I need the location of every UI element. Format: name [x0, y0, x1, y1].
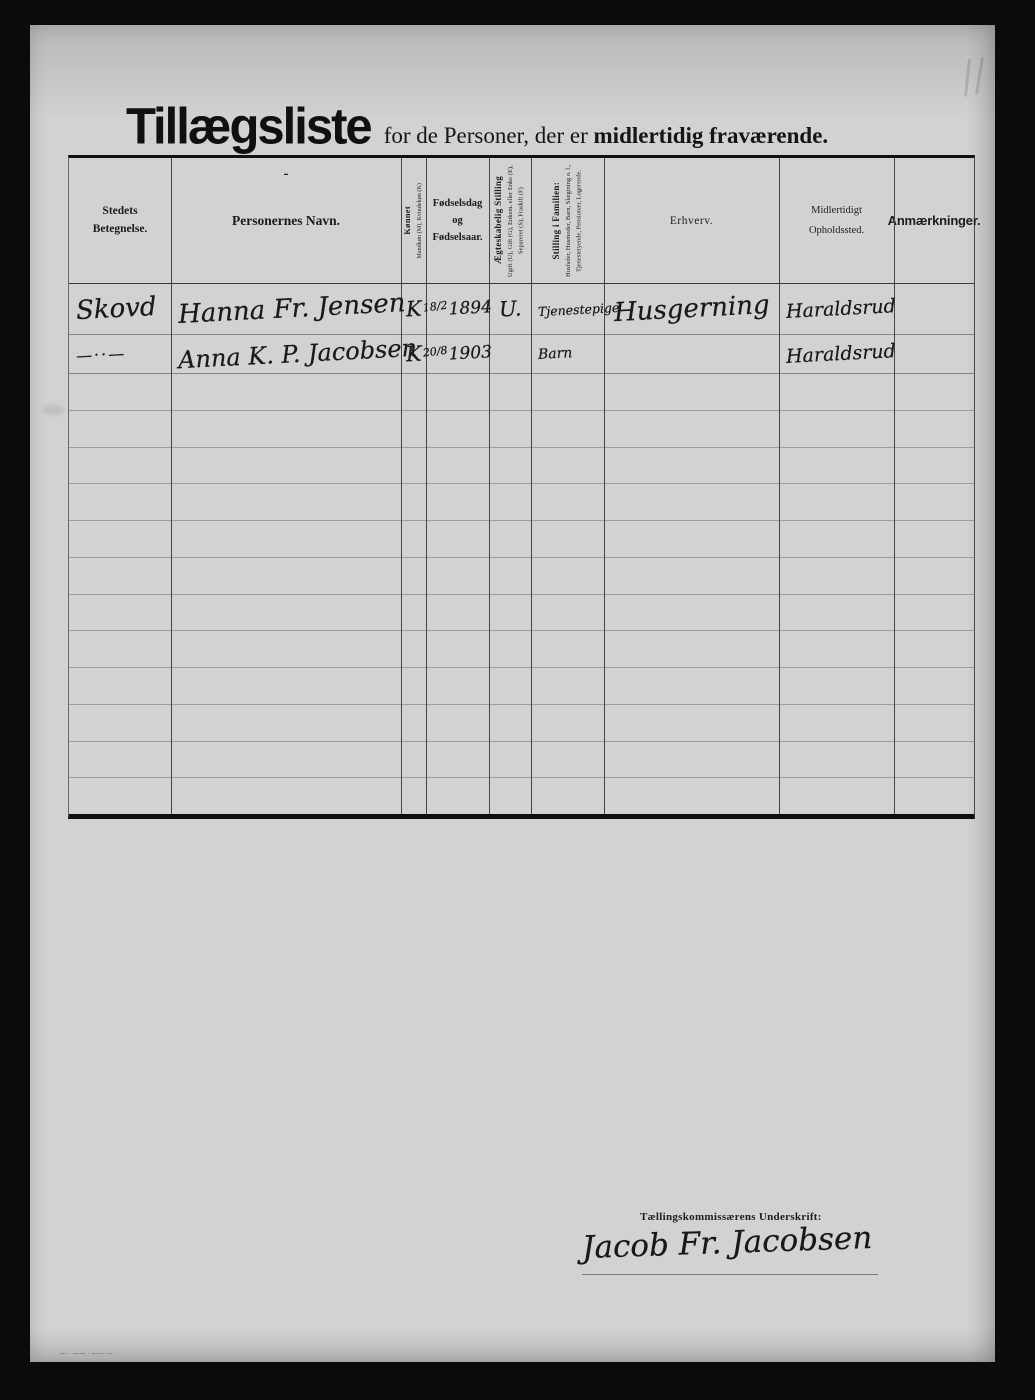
cell-occupation: Husgerning [604, 284, 779, 334]
faint-pencil-mark [958, 55, 992, 101]
header-marital-main: Ægteskabelig Stilling [493, 176, 503, 264]
title-subtitle-bold: midlertidig fraværende. [594, 123, 829, 148]
handwritten-marital: U. [498, 296, 522, 321]
cell-name: Hanna Fr. Jensen [171, 284, 401, 334]
signature-underline [582, 1274, 878, 1275]
table-row-empty [69, 742, 974, 779]
table-row-empty [69, 595, 974, 632]
column-divider [531, 158, 532, 814]
table-row-empty [69, 374, 974, 411]
cell-stay: Haraldsrud [779, 335, 894, 373]
paper-smudge [42, 405, 64, 415]
handwritten-birth: 18/21894 [423, 297, 493, 321]
column-divider [489, 158, 490, 814]
commissioner-signature: Jacob Fr. Jacobsen [581, 1220, 872, 1266]
column-divider [171, 158, 172, 814]
handwritten-birth: 20/81903 [423, 342, 493, 366]
census-table: Stedets Betegnelse. - Personernes Navn. … [68, 155, 975, 819]
handwritten-stay: Haraldsrud [785, 295, 896, 323]
birth-year: 1894 [448, 297, 492, 319]
cell-name: Anna K. P. Jacobsen [171, 335, 401, 373]
cell-occupation [604, 335, 779, 373]
table-row-empty [69, 521, 974, 558]
title-main: Tillægsliste [126, 102, 371, 153]
table-header-row: Stedets Betegnelse. - Personernes Navn. … [69, 158, 974, 284]
cell-stay: Haraldsrud [779, 284, 894, 334]
header-occupation: Erhverv. [604, 158, 779, 283]
table-row-empty [69, 558, 974, 595]
title-subtitle: for de Personer, der er midlertidig frav… [384, 123, 828, 149]
header-remarks: Anmærkninger. [894, 158, 974, 283]
cell-family: Barn [531, 335, 604, 373]
cell-remarks [894, 335, 974, 373]
header-marital-sub: Ugift (U), Gift (G), Enkem. eller Enke (… [506, 163, 527, 279]
table-row-empty [69, 631, 974, 668]
handwritten-place: Skovd [75, 292, 157, 326]
header-sex-sub: Mandkøn (M), Kvindekøn (K) [415, 183, 425, 259]
table-row: —··— Anna K. P. Jacobsen K 20/81903 Barn… [69, 335, 974, 374]
cell-place: Skovd [69, 284, 171, 334]
table-row: Skovd Hanna Fr. Jensen K 18/21894 U. Tje… [69, 284, 974, 335]
header-name: Personernes Navn. [171, 158, 401, 283]
column-divider [894, 158, 895, 814]
cell-place: —··— [69, 335, 171, 373]
handwritten-occupation: Husgerning [613, 290, 770, 328]
header-marital: Ægteskabelig Stilling Ugift (U), Gift (G… [489, 158, 531, 283]
table-row-empty [69, 705, 974, 742]
cell-birth: 20/81903 [426, 335, 489, 373]
header-birth: Fødselsdag og Fødselsaar. [426, 158, 489, 283]
header-stay: Midlertidigt Opholdssted. [779, 158, 894, 283]
header-sex: Kønnet Mandkøn (M), Kvindekøn (K) [401, 158, 426, 283]
table-row-empty [69, 668, 974, 705]
column-divider [604, 158, 605, 814]
handwritten-name: Anna K. P. Jacobsen [177, 334, 417, 374]
page-title: Tillægsliste for de Personer, der er mid… [126, 103, 828, 152]
cell-marital [489, 335, 531, 373]
birth-year: 1903 [448, 342, 492, 364]
table-row-empty [69, 448, 974, 485]
table-row-empty [69, 484, 974, 521]
cell-remarks [894, 284, 974, 334]
column-divider [401, 158, 402, 814]
handwritten-sex: K [405, 342, 422, 367]
header-sex-main: Kønnet [402, 206, 412, 235]
handwritten-sex: K [405, 297, 422, 322]
signature-label: Tællingskommissærens Underskrift: [640, 1211, 822, 1223]
handwritten-place-ditto: —··— [76, 343, 127, 365]
table-row-empty [69, 778, 974, 814]
header-family-main: Stilling i Familien: [551, 182, 561, 260]
header-family-sub: Husfader, Husmoder, Barn, Slægtning o. l… [564, 163, 585, 279]
title-subtitle-regular: for de Personer, der er [384, 123, 588, 148]
handwritten-family: Barn [538, 345, 573, 363]
birth-day-month: 18/2 [422, 299, 448, 315]
scanned-census-sheet: Tillægsliste for de Personer, der er mid… [30, 25, 995, 1362]
handwritten-stay: Haraldsrud [785, 340, 896, 368]
table-row-empty [69, 411, 974, 448]
printer-mark: —·· ·—— · ——··— [60, 1351, 113, 1357]
cell-family: Tjenestepige [531, 284, 604, 334]
header-place: Stedets Betegnelse. [69, 158, 171, 283]
birth-day-month: 20/8 [422, 344, 448, 360]
column-divider [779, 158, 780, 814]
cell-birth: 18/21894 [426, 284, 489, 334]
table-body: Skovd Hanna Fr. Jensen K 18/21894 U. Tje… [69, 284, 974, 814]
handwritten-name: Hanna Fr. Jensen [177, 288, 406, 330]
header-family: Stilling i Familien: Husfader, Husmoder,… [531, 158, 604, 283]
column-divider [426, 158, 427, 814]
cell-marital: U. [489, 284, 531, 334]
